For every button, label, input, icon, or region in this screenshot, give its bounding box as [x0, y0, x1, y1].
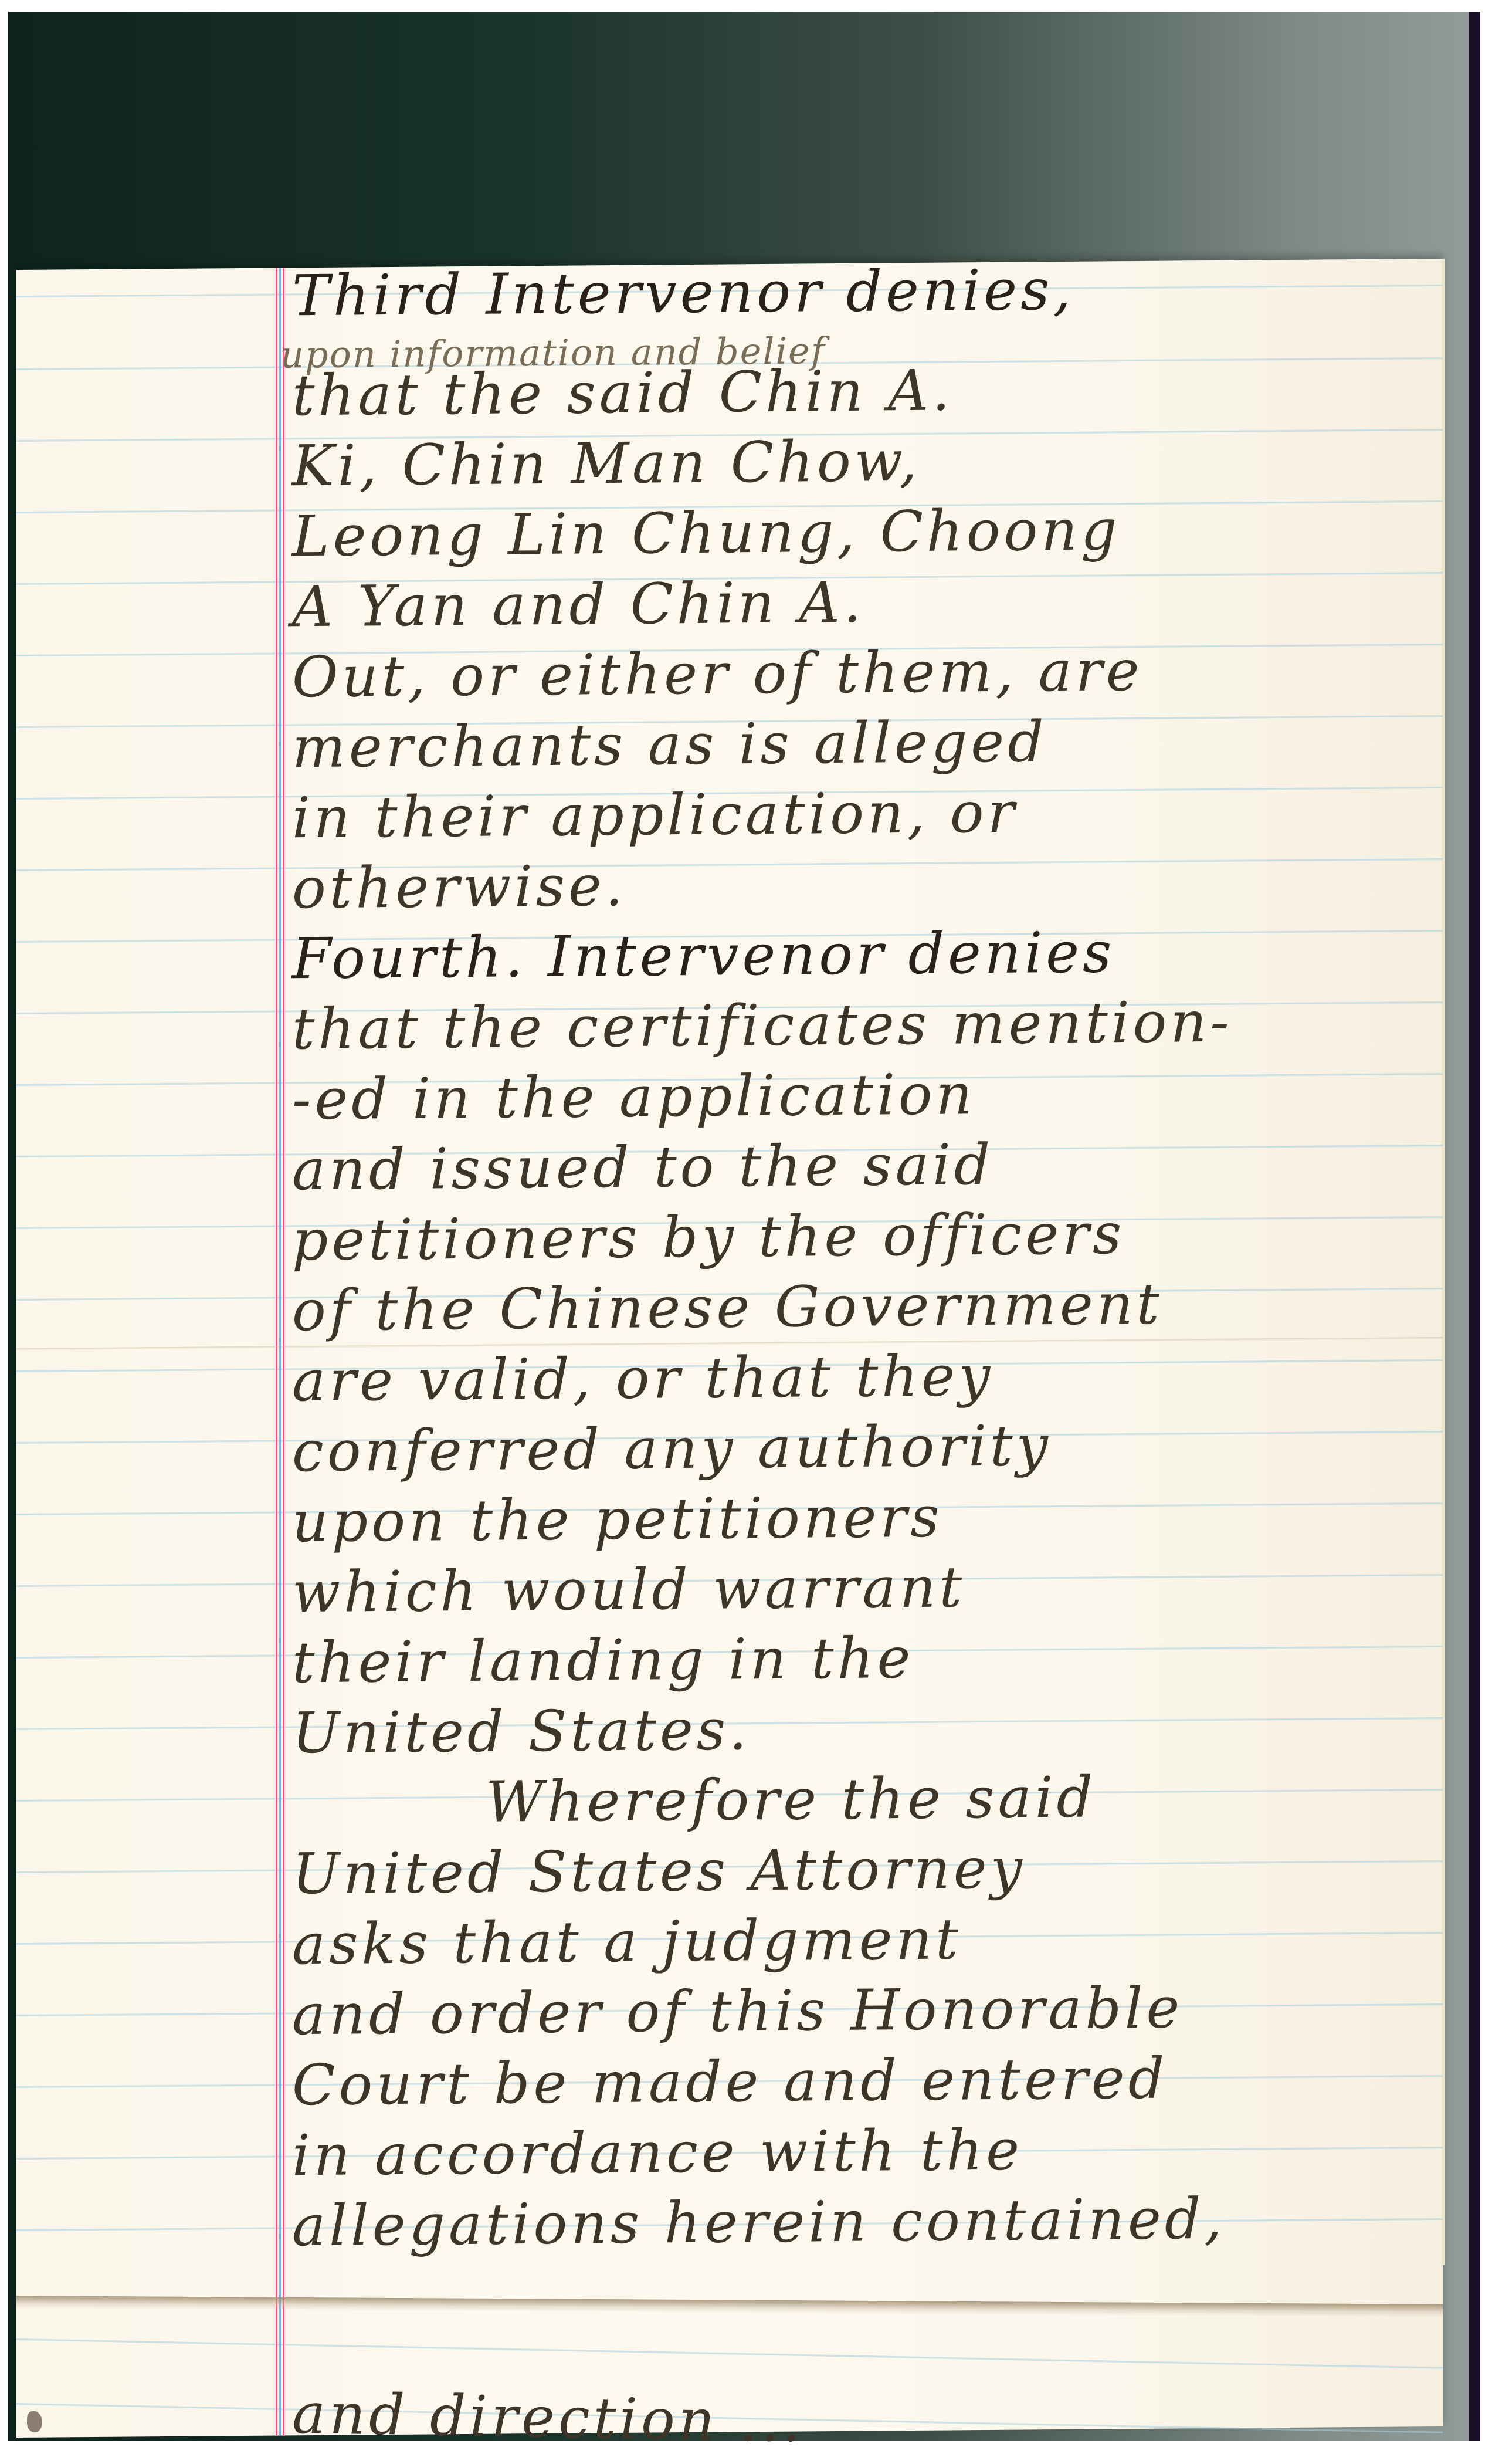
handwritten-line: Wherefore the said [486, 1769, 1096, 1830]
handwritten-line: petitioners by the officers [292, 1206, 1125, 1268]
handwritten-line: and issued to the said [292, 1136, 993, 1198]
handwritten-line: Leong Lin Chung, Choong [292, 502, 1121, 564]
handwritten-line: United States Attorney [292, 1840, 1026, 1902]
handwritten-line: that the said Chin A. [292, 362, 954, 424]
handwritten-line: Third Intervenor denies, [292, 262, 1074, 324]
lined-paper-page: Third Intervenor denies, upon informatio… [16, 259, 1443, 2438]
handwritten-line: otherwise. [292, 858, 626, 916]
ink-blot [27, 2411, 42, 2432]
handwritten-line: their landing in the [292, 1630, 914, 1691]
handwritten-line: in accordance with the [292, 2122, 1023, 2184]
ruled-line [16, 2338, 1443, 2369]
handwritten-line: -ed in the application [292, 1066, 975, 1128]
handwritten-line: A Yan and Chin A. [292, 574, 865, 635]
margin-line-red [283, 268, 284, 2435]
handwritten-line-partial: and direction ... [292, 2385, 804, 2450]
paper-fold-crease [16, 2296, 1443, 2317]
handwritten-line: Out, or either of them, are [292, 642, 1143, 705]
handwritten-line: and order of this Honorable [292, 1979, 1183, 2043]
handwritten-line: Court be made and entered [292, 2050, 1168, 2114]
handwritten-line: which would warrant [292, 1559, 965, 1620]
handwritten-line: upon the petitioners [292, 1489, 943, 1551]
margin-line-blue [279, 268, 281, 2435]
handwritten-line: Ki, Chin Man Chow, [292, 433, 921, 494]
ruled-line [16, 858, 1443, 871]
handwritten-line: United States. [292, 1701, 751, 1761]
handwritten-line: in their application, or [292, 784, 1018, 847]
handwritten-line: are valid, or that they [292, 1348, 993, 1409]
margin-line-red [276, 268, 277, 2436]
handwritten-line: conferred any authority [292, 1417, 1052, 1480]
handwritten-line: merchants as is alleged [292, 713, 1047, 776]
scan-top-border [0, 0, 1492, 13]
handwritten-line: allegations herein contained, [292, 2191, 1226, 2255]
scanner-edge [1469, 12, 1480, 2441]
handwritten-line: that the certificates mention- [292, 994, 1233, 1058]
handwritten-line: asks that a judgment [292, 1911, 962, 1972]
handwritten-line: of the Chinese Government [292, 1276, 1162, 1339]
page-edge-shadow [1307, 259, 1445, 2266]
handwritten-line: Fourth. Intervenor denies [292, 924, 1115, 987]
